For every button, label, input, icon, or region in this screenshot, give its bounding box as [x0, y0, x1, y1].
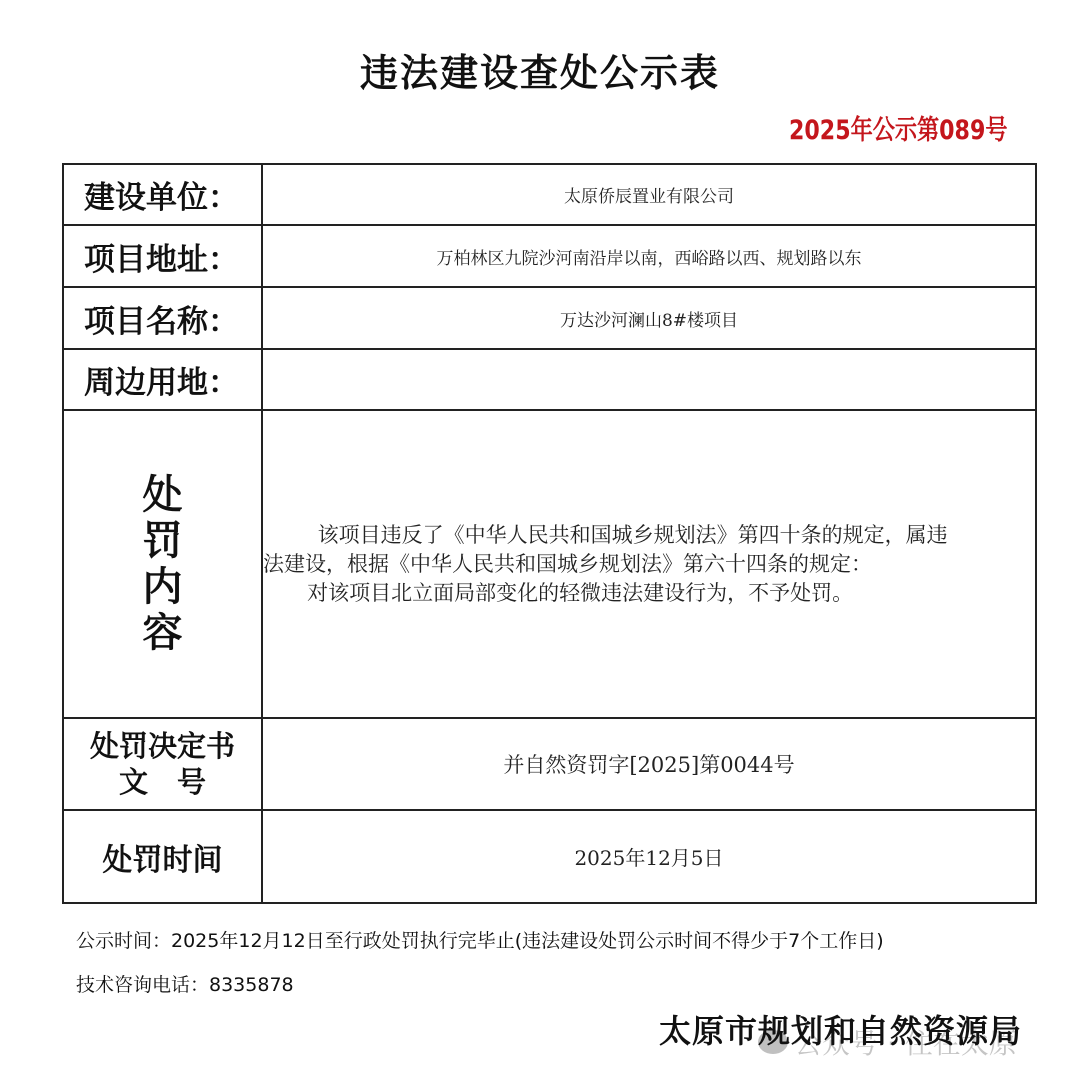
label-surrounding-land: 周边用地： — [63, 349, 262, 410]
label-decision-doc-line-1: 处罚决定书 — [64, 728, 261, 764]
value-project-address: 万柏林区九院沙河南沿岸以南，西峪路以西、规划路以东 — [262, 225, 1036, 287]
value-penalty-content: 该项目违反了《中华人民共和国城乡规划法》第四十条的规定，属违 法建设，根据《中华… — [262, 410, 1036, 718]
penalty-paragraph-1-line-1: 该项目违反了《中华人民共和国城乡规划法》第四十条的规定，属违 — [263, 521, 1035, 550]
label-char: 内 — [143, 564, 183, 610]
label-char: 处 — [143, 472, 183, 518]
label-penalty-content: 处 罚 内 容 — [63, 410, 262, 718]
table-row-decision-doc: 处罚决定书 文 号 并自然资罚字[2025]第0044号 — [63, 718, 1036, 810]
issuer: 太原市规划和自然资源局 — [659, 1006, 1022, 1052]
value-project-name: 万达沙河澜山8#楼项目 — [262, 287, 1036, 349]
label-char: 容 — [143, 610, 183, 656]
value-construction-unit: 太原侨辰置业有限公司 — [262, 164, 1036, 225]
table-row-penalty-content: 处 罚 内 容 该项目违反了《中华人民共和国城乡规划法》第四十条的规定，属违 法… — [63, 410, 1036, 718]
label-project-address: 项目地址： — [63, 225, 262, 287]
value-penalty-time: 2025年12月5日 — [262, 810, 1036, 903]
label-decision-doc-line-2: 文 号 — [64, 764, 261, 800]
penalty-paragraph-1-line-2: 法建设，根据《中华人民共和国城乡规划法》第六十四条的规定： — [263, 550, 1035, 579]
value-decision-doc: 并自然资罚字[2025]第0044号 — [262, 718, 1036, 810]
table-row-surrounding-land: 周边用地： — [63, 349, 1036, 410]
label-char: 罚 — [143, 518, 183, 564]
table-row-penalty-time: 处罚时间 2025年12月5日 — [63, 810, 1036, 903]
notice-number: 2025年公示第089号 — [789, 108, 1008, 147]
value-surrounding-land — [262, 349, 1036, 410]
table-row-project-address: 项目地址： 万柏林区九院沙河南沿岸以南，西峪路以西、规划路以东 — [63, 225, 1036, 287]
consult-phone: 技术咨询电话：8335878 — [76, 970, 294, 997]
label-construction-unit: 建设单位： — [63, 164, 262, 225]
table-row-project-name: 项目名称： 万达沙河澜山8#楼项目 — [63, 287, 1036, 349]
publicity-period: 公示时间：2025年12月12日至行政处罚执行完毕止(违法建设处罚公示时间不得少… — [76, 926, 884, 953]
penalty-paragraph-2: 对该项目北立面局部变化的轻微违法建设行为，不予处罚。 — [263, 579, 1035, 608]
label-project-name: 项目名称： — [63, 287, 262, 349]
label-penalty-time: 处罚时间 — [63, 810, 262, 903]
label-decision-doc: 处罚决定书 文 号 — [63, 718, 262, 810]
table-row-construction-unit: 建设单位： 太原侨辰置业有限公司 — [63, 164, 1036, 225]
document-title: 违法建设查处公示表 — [0, 42, 1080, 97]
penalty-info-table: 建设单位： 太原侨辰置业有限公司 项目地址： 万柏林区九院沙河南沿岸以南，西峪路… — [62, 163, 1037, 904]
